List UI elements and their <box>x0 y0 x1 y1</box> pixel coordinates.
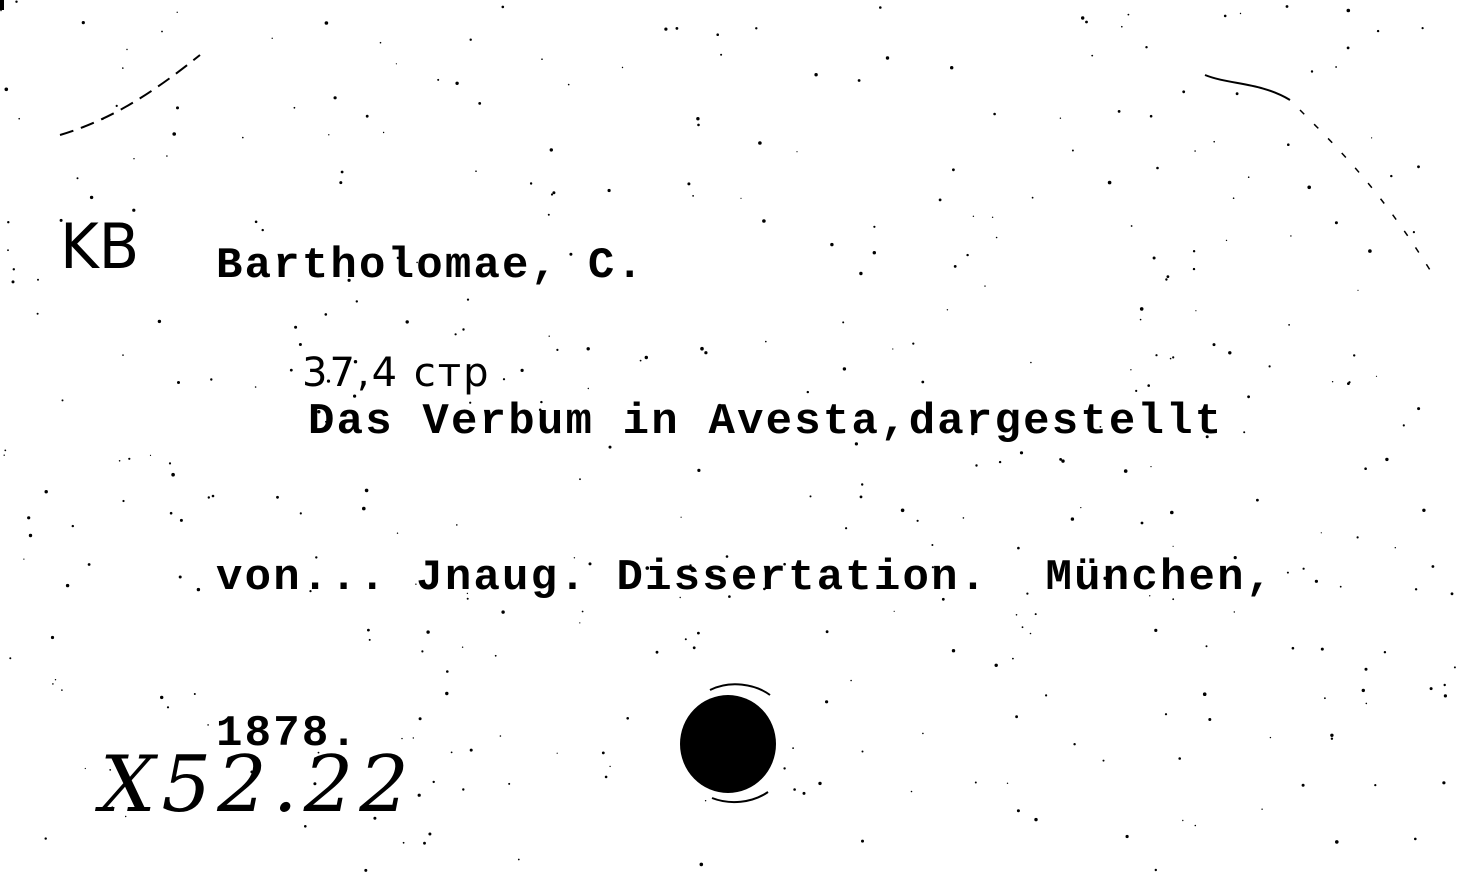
corner-mark <box>0 0 4 10</box>
title-line-1: Das Verbum in Avesta,dargestellt <box>216 396 1274 448</box>
catalog-card: Bartholomae, C. Das Verbum in Avesta,dar… <box>0 0 1458 874</box>
handwritten-marginal-code: KB <box>60 210 139 283</box>
author-line: Bartholomae, C. <box>216 240 1274 292</box>
handwritten-page-count: 37,4 стр <box>302 350 490 396</box>
handwritten-shelf-mark: X52.22 <box>100 740 415 830</box>
punch-hole <box>680 695 776 793</box>
title-line-2: von... Jnaug. Dissertation. München, <box>216 552 1274 604</box>
